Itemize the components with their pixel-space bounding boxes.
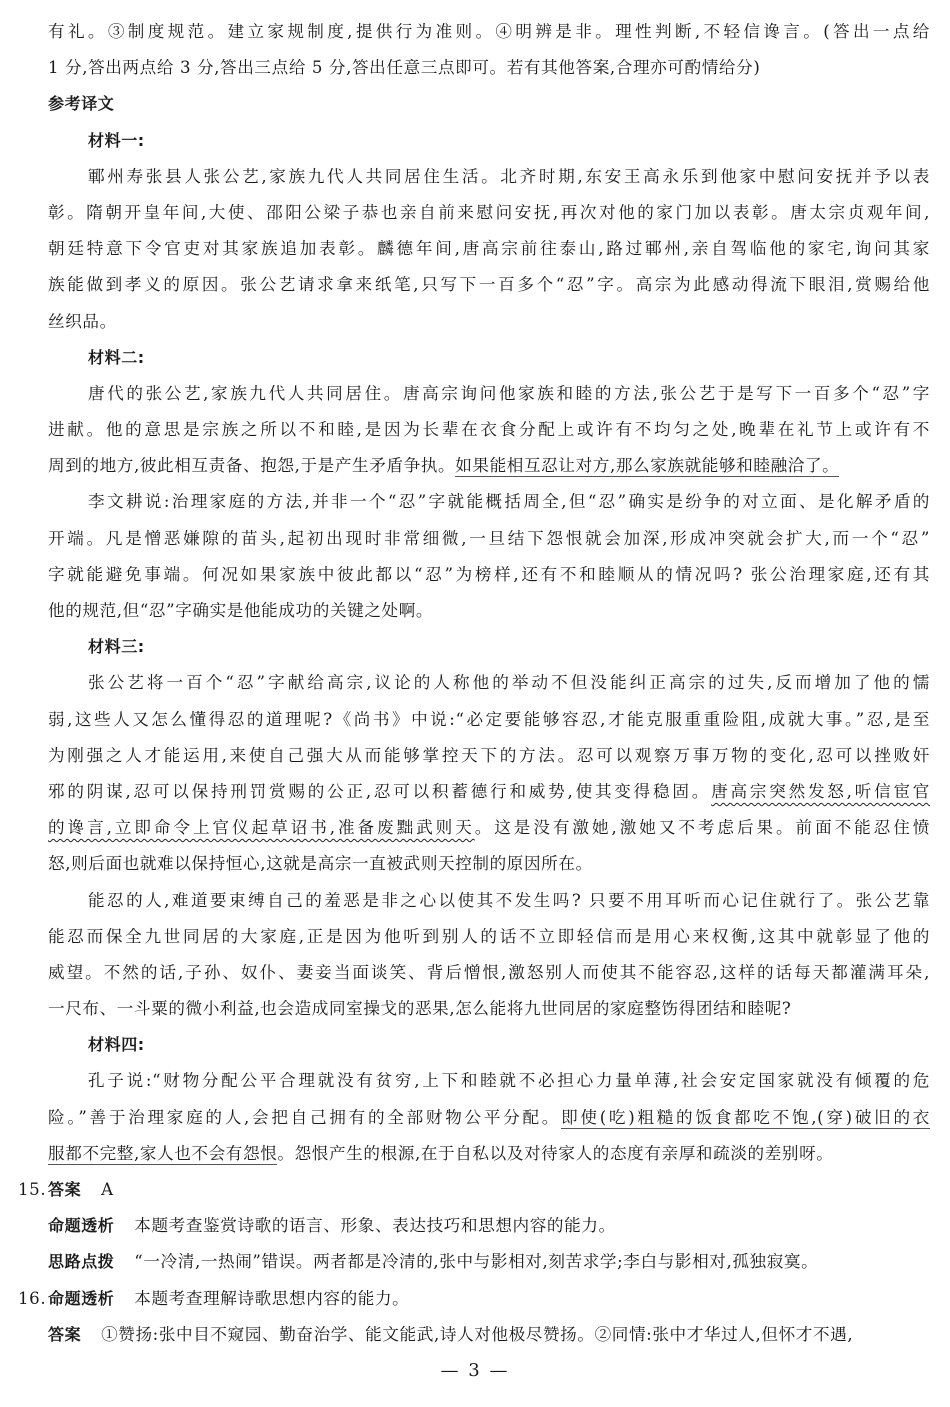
analysis-label: 命题透析 xyxy=(48,1216,114,1235)
material3-line: 威望。不然的话,子孙、奴仆、妻妾当面谈笑、背后憎恨,激怒别人而使其不能容忍,这样… xyxy=(48,955,930,991)
material4-line: 险。”善于治理家庭的人,会把自己拥有的全部财物公平分配。即使(吃)粗糙的饭食都吃… xyxy=(48,1100,930,1136)
material3-line: 怒,则后面也就难以保持恒心,这就是高宗一直被武则天控制的原因所在。 xyxy=(48,846,930,882)
q15-analysis-row: 命题透析 本题考查鉴赏诗歌的语言、形象、表达技巧和思想内容的能力。 xyxy=(48,1208,930,1244)
material2-line: 周到的地方,彼此相互责备、抱怨,于是产生矛盾争执。如果能相互忍让对方,那么家族就… xyxy=(48,448,930,484)
material4-plain-text: 险。”善于治理家庭的人,会把自己拥有的全部财物公平分配。 xyxy=(48,1108,561,1127)
q15-hint-row: 思路点拨 “一冷清,一热闹”错误。两者都是冷清的,张中与影相对,刻苦求学;李白与… xyxy=(48,1244,930,1280)
material1-line: 族能做到孝义的原因。张公艺请求拿来纸笔,只写下一百多个“忍”字。高宗为此感动得流… xyxy=(48,267,930,303)
q16-analysis-row: 16. 命题透析 本题考查理解诗歌思想内容的能力。 xyxy=(48,1281,930,1317)
question-number: 16. xyxy=(18,1281,46,1317)
material3-line: 能忍的人,难道要束缚自己的羞恶是非之心以使其不发生吗? 只要不用耳听而心记住就行… xyxy=(48,883,930,919)
answer-label: 答案 xyxy=(48,1180,81,1199)
q15-answer-row: 15. 答案 A xyxy=(48,1172,930,1208)
answer-text: ①赞扬:张中目不窥园、勤奋治学、能文能武,诗人对他极尽赞扬。②同情:张中才华过人… xyxy=(101,1325,853,1344)
analysis-text: 本题考查理解诗歌思想内容的能力。 xyxy=(134,1289,409,1308)
material2-line: 进献。他的意思是宗族之所以不和睦,是因为长辈在衣食分配上或许有不均匀之处,晚辈在… xyxy=(48,412,930,448)
analysis-text: 本题考查鉴赏诗歌的语言、形象、表达技巧和思想内容的能力。 xyxy=(134,1216,615,1235)
material2-line: 字就能避免事端。何况如果家族中彼此都以“忍”为榜样,还有不和睦顺从的情况吗? 张… xyxy=(48,557,930,593)
material1-heading: 材料一: xyxy=(48,123,930,159)
material3-line: 一尺布、一斗粟的微小利益,也会造成同室操戈的恶果,怎么能将九世同居的家庭整饬得团… xyxy=(48,991,930,1027)
material3-line: 邪的阴谋,忍可以保持刑罚赏赐的公正,忍可以积蓄德行和威势,使其变得稳固。唐高宗突… xyxy=(48,774,930,810)
wavy-underlined-sentence: 的谗言,立即命令上官仪起草诏书,准备废黜武则天 xyxy=(48,818,475,837)
question-number: 15. xyxy=(18,1172,46,1208)
page-number: — 3 — xyxy=(0,1360,950,1381)
material3-line: 的谗言,立即命令上官仪起草诏书,准备废黜武则天。这是没有激她,激她又不考虑后果。… xyxy=(48,810,930,846)
material2-line: 开端。凡是憎恶嫌隙的苗头,起初出现时非常细微,一旦结下怨恨就会加深,形成冲突就会… xyxy=(48,521,930,557)
material2-heading: 材料二: xyxy=(48,340,930,376)
material2-plain-text: 周到的地方,彼此相互责备、抱怨,于是产生矛盾争执。 xyxy=(48,456,455,475)
answer-value: A xyxy=(101,1180,114,1199)
material4-line: 孔子说:“财物分配公平合理就没有贫穷,上下和睦就不必担心力量单薄,社会安定国家就… xyxy=(48,1063,930,1099)
material2-line: 他的规范,但“忍”字确实是他能成功的关键之处啊。 xyxy=(48,593,930,629)
hint-label: 思路点拨 xyxy=(48,1252,114,1271)
analysis-label: 命题透析 xyxy=(48,1289,114,1308)
wavy-underlined-sentence: 唐高宗突然发怒,听信宦官 xyxy=(711,782,930,801)
material2-line: 唐代的张公艺,家族九代人共同居住。唐高宗询问他家族和睦的方法,张公艺于是写下一百… xyxy=(48,376,930,412)
q16-answer-row: 答案 ①赞扬:张中目不窥园、勤奋治学、能文能武,诗人对他极尽赞扬。②同情:张中才… xyxy=(48,1317,930,1353)
material1-line: 鄆州寿张县人张公艺,家族九代人共同居住生活。北齐时期,东安王高永乐到他家中慰问安… xyxy=(48,159,930,195)
material3-line: 能忍而保全九世同居的大家庭,正是因为他听到别人的话不立即轻信而是用心来权衡,这其… xyxy=(48,919,930,955)
material3-heading: 材料三: xyxy=(48,629,930,665)
document-page: 有礼。③制度规范。建立家规制度,提供行为准则。④明辨是非。理性判断,不轻信谗言。… xyxy=(48,14,930,1353)
material3-line: 为刚强之人才能运用,来使自己强大从而能够掌控天下的方法。忍可以观察万事万物的变化… xyxy=(48,738,930,774)
underlined-key-sentence: 如果能相互忍让对方,那么家族就能够和睦融洽了。 xyxy=(455,456,839,477)
material3-plain-text: 邪的阴谋,忍可以保持刑罚赏赐的公正,忍可以积蓄德行和威势,使其变得稳固。 xyxy=(48,782,711,801)
translation-title: 参考译文 xyxy=(48,86,930,122)
material1-line: 丝织品。 xyxy=(48,304,930,340)
material3-line: 张公艺将一百个“忍”字献给高宗,议论的人称他的举动不但没能纠正高宗的过失,反而增… xyxy=(48,665,930,701)
material3-plain-text: 。这是没有激她,激她又不考虑后果。前面不能忍住愤 xyxy=(475,818,930,837)
answer-tail-line-1: 有礼。③制度规范。建立家规制度,提供行为准则。④明辨是非。理性判断,不轻信谗言。… xyxy=(48,14,930,50)
material4-plain-text: 。怨恨产生的根源,在于自私以及对待家人的态度有亲厚和疏淡的差别呀。 xyxy=(277,1144,833,1163)
material4-line: 服都不完整,家人也不会有怨恨。怨恨产生的根源,在于自私以及对待家人的态度有亲厚和… xyxy=(48,1136,930,1172)
hint-text: “一冷清,一热闹”错误。两者都是冷清的,张中与影相对,刻苦求学;李白与影相对,孤… xyxy=(134,1252,818,1271)
answer-label: 答案 xyxy=(48,1325,81,1344)
material1-line: 彰。隋朝开皇年间,大使、邵阳公梁子恭也亲自前来慰问安抚,再次对他的家门加以表彰。… xyxy=(48,195,930,231)
answer-tail-line-2: 1 分,答出两点给 3 分,答出三点给 5 分,答出任意三点即可。若有其他答案,… xyxy=(48,50,930,86)
underlined-key-sentence: 服都不完整,家人也不会有怨恨 xyxy=(48,1144,277,1165)
material4-heading: 材料四: xyxy=(48,1027,930,1063)
material3-line: 弱,这些人又怎么懂得忍的道理呢?《尚书》中说:“必定要能够容忍,才能克服重重险阻… xyxy=(48,702,930,738)
material1-line: 朝廷特意下令官吏对其家族追加表彰。麟德年间,唐高宗前往泰山,路过鄆州,亲自驾临他… xyxy=(48,231,930,267)
underlined-key-sentence: 即使(吃)粗糙的饭食都吃不饱,(穿)破旧的衣 xyxy=(561,1108,930,1129)
material2-line: 李文耕说:治理家庭的方法,并非一个“忍”字就能概括周全,但“忍”确实是纷争的对立… xyxy=(48,484,930,520)
